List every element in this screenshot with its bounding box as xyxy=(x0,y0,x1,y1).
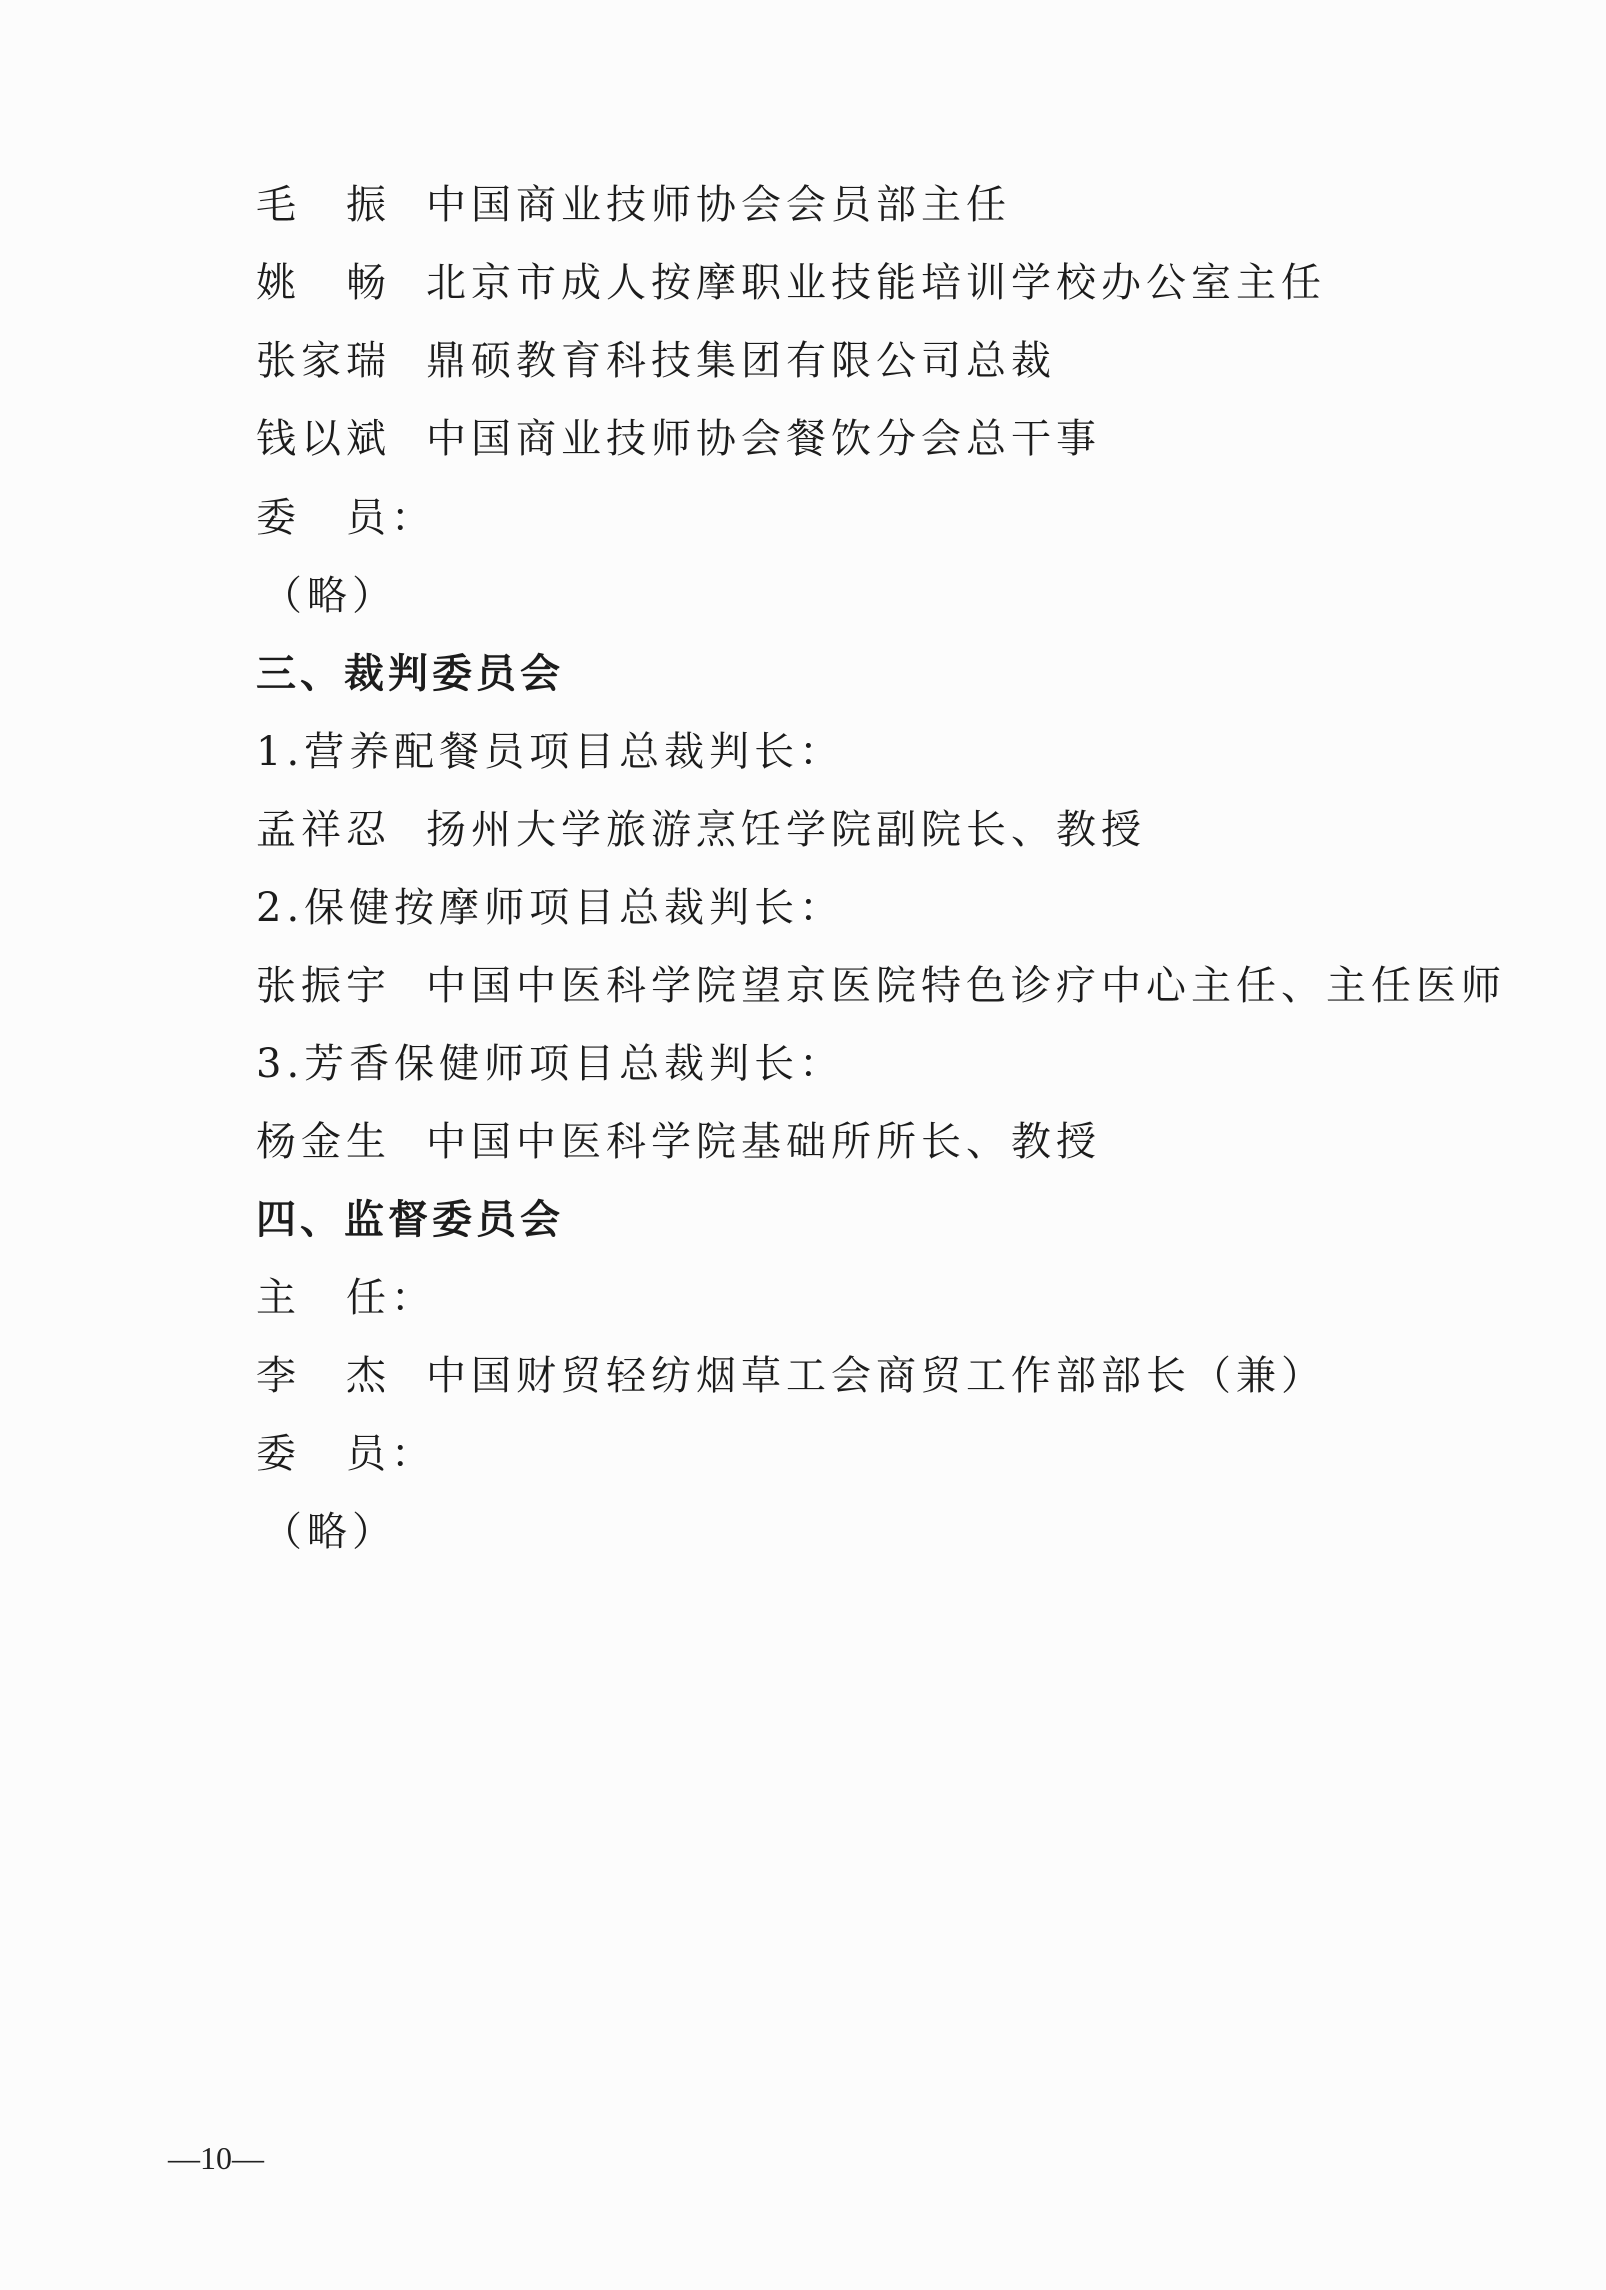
person-name: 杨金生 xyxy=(256,1118,426,1166)
person-name: 李 杰 xyxy=(256,1352,426,1400)
section-heading-supervision-committee: 四、监督委员会 xyxy=(256,1196,564,1244)
referee-item-label: 2.保健按摩师项目总裁判长： xyxy=(256,884,844,932)
referee-item-label: 1.营养配餐员项目总裁判长： xyxy=(256,728,844,776)
member-line-zhang-jiarui: 张家瑞鼎硕教育科技集团有限公司总裁 xyxy=(256,337,1056,385)
referee-line: 孟祥忍扬州大学旅游烹饪学院副院长、教授 xyxy=(256,806,1146,854)
person-title: 北京市成人按摩职业技能培训学校办公室主任 xyxy=(426,260,1326,306)
member-line-mao-zhen: 毛 振中国商业技师协会会员部主任 xyxy=(256,181,1011,229)
person-name: 钱以斌 xyxy=(256,415,426,463)
section-heading-referee-committee: 三、裁判委员会 xyxy=(256,650,564,698)
member-line-yao-chang: 姚 畅北京市成人按摩职业技能培训学校办公室主任 xyxy=(256,259,1326,307)
person-name: 毛 振 xyxy=(256,181,426,229)
person-title: 中国财贸轻纺烟草工会商贸工作部部长（兼） xyxy=(426,1353,1326,1399)
person-title: 中国中医科学院望京医院特色诊疗中心主任、主任医师 xyxy=(426,963,1506,1009)
director-label: 主 任： xyxy=(256,1274,436,1322)
omitted-note: （略） xyxy=(262,572,397,620)
referee-line: 杨金生中国中医科学院基础所所长、教授 xyxy=(256,1118,1101,1166)
committee-members-label: 委 员： xyxy=(256,1430,436,1478)
omitted-note: （略） xyxy=(262,1508,397,1556)
referee-line: 张振宇中国中医科学院望京医院特色诊疗中心主任、主任医师 xyxy=(256,962,1506,1010)
person-name: 孟祥忍 xyxy=(256,806,426,854)
person-name: 张家瑞 xyxy=(256,337,426,385)
committee-members-label: 委 员： xyxy=(256,494,436,542)
person-name: 张振宇 xyxy=(256,962,426,1010)
document-page: 毛 振中国商业技师协会会员部主任 姚 畅北京市成人按摩职业技能培训学校办公室主任… xyxy=(0,0,1606,2290)
director-line: 李 杰中国财贸轻纺烟草工会商贸工作部部长（兼） xyxy=(256,1352,1326,1400)
person-title: 鼎硕教育科技集团有限公司总裁 xyxy=(426,338,1056,384)
person-title: 扬州大学旅游烹饪学院副院长、教授 xyxy=(426,807,1146,853)
member-line-qian-yibin: 钱以斌中国商业技师协会餐饮分会总干事 xyxy=(256,415,1101,463)
page-number: —10— xyxy=(168,2140,264,2177)
person-name: 姚 畅 xyxy=(256,259,426,307)
person-title: 中国中医科学院基础所所长、教授 xyxy=(426,1119,1101,1165)
referee-item-label: 3.芳香保健师项目总裁判长： xyxy=(256,1040,844,1088)
person-title: 中国商业技师协会餐饮分会总干事 xyxy=(426,416,1101,462)
person-title: 中国商业技师协会会员部主任 xyxy=(426,182,1011,228)
